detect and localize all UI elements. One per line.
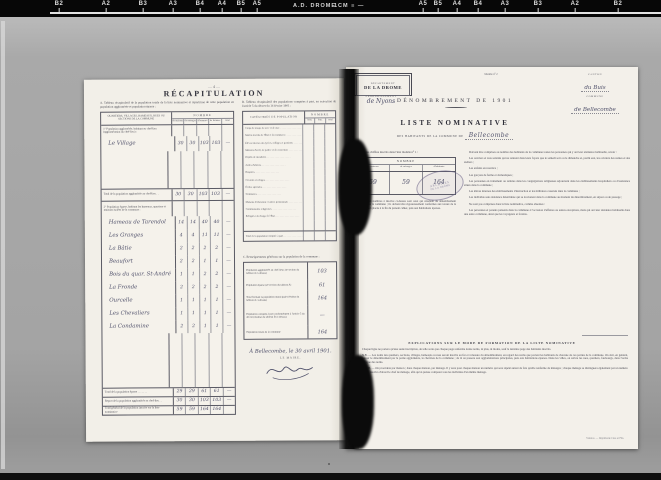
- locality-name: Ourcelle: [102, 294, 175, 307]
- ruler-label: B2: [614, 1, 623, 7]
- ruler-label: A2: [571, 1, 580, 7]
- summary-label: Population éparse (2e section du tableau…: [244, 280, 307, 291]
- hamlet-row: La Fronde 2 2 2 2 —: [102, 280, 234, 294]
- sheet-number: Modèle n° 2: [441, 73, 541, 76]
- summary-row: Population comptée à part conformément à…: [244, 306, 336, 327]
- cell: 1: [175, 307, 187, 320]
- list-subtitle: DES HABITANTS DE LA COMMUNE DE Bellecomb…: [355, 132, 555, 139]
- locality-name: Les Chevaliers: [102, 307, 175, 320]
- cell: 1: [211, 320, 223, 333]
- sub-header: de femmes: [208, 119, 220, 124]
- summary-row: Population agglomérée au chef-lieu (1re …: [244, 263, 336, 281]
- locality-name: Bois du quar. St-André: [102, 268, 175, 281]
- explication-paragraph: Chaque ligne ne portera qu'une seule ins…: [356, 348, 628, 352]
- cell: 164: [198, 406, 210, 414]
- cell: 2: [210, 268, 222, 281]
- summary-value: 164: [307, 326, 336, 339]
- cell: 2: [175, 320, 187, 333]
- category-rows: Corps de troupe de terre et de mer Marin…: [243, 124, 336, 221]
- counted-apart-table: CATÉGORIES DE POPULATION NOMBRE hom.fem.…: [242, 110, 337, 241]
- spine-shadow-blob: [342, 355, 374, 449]
- hamlet-row: La Bâtie 2 2 2 2 —: [102, 241, 234, 255]
- cell: [223, 405, 235, 413]
- cell: —: [222, 306, 234, 319]
- section1-label-row: 1° Population agglomérée, habitant au ch…: [101, 124, 233, 136]
- section-a-column: A. Tableau récapitulatif de la populatio…: [100, 101, 236, 415]
- group-header: NOMBRE: [357, 158, 455, 165]
- instruction-paragraph: Les personnes en traitement ou retirées …: [464, 180, 630, 188]
- cell: 1: [199, 320, 211, 333]
- cell: 11: [198, 229, 210, 242]
- census-title: DÉNOMBREMENT DE 1901: [375, 98, 535, 104]
- sub-header: hom.: [305, 118, 314, 123]
- film-ruler-bar: B2 A2 B3 A3 B4 A4 B5 A5 A.D. DROME 1CM ≡…: [0, 0, 661, 17]
- rappel-intro: Rappel des chiffres inscrits dans l'état…: [356, 151, 456, 155]
- sub-header: de ménages: [389, 165, 422, 171]
- general-info-table: Population agglomérée au chef-lieu (1re …: [243, 262, 337, 341]
- archive-label: A.D. DROME: [293, 3, 336, 9]
- spacer-row: [101, 150, 233, 188]
- sub-header: d'hommes: [196, 119, 208, 124]
- sub-header: total: [325, 118, 335, 123]
- scale-label: 1CM ≡ —: [334, 3, 364, 9]
- summary-value: 164: [307, 291, 336, 306]
- spacer-row: [102, 332, 234, 387]
- list-title: LISTE NOMINATIVE: [375, 119, 535, 127]
- ruler-label: B4: [474, 1, 483, 7]
- cell: —: [222, 396, 234, 404]
- printer-imprint: Valence. — Imprimerie Céas et Fils.: [586, 437, 624, 440]
- summary-label: Population totale de la commune: [244, 326, 307, 339]
- total-label: Total de la population comptée à part: [244, 231, 303, 240]
- sub-header: total: [221, 119, 233, 124]
- cell: 103: [198, 136, 210, 151]
- total-row: Total de la population éparse . . . . . …: [103, 386, 235, 396]
- sub-header: de ménages: [184, 119, 196, 124]
- cell: 2: [211, 281, 223, 294]
- ruler-label: A3: [501, 1, 510, 7]
- cell: 1: [199, 255, 211, 268]
- locality-name: Beaufort: [102, 255, 175, 268]
- ruler-label: B2: [55, 1, 64, 7]
- cell: 2: [175, 281, 187, 294]
- cell: 2: [199, 268, 211, 281]
- cell: 2: [187, 281, 199, 294]
- ruler-label: B5: [434, 1, 443, 7]
- locality-name: La Bâtie: [102, 242, 175, 255]
- canton-commune-block: CANTON du Buis COMMUNE de Bellecombe: [558, 72, 632, 116]
- cell: 103: [198, 397, 210, 405]
- cell: 29: [185, 388, 197, 396]
- cell: 40: [210, 216, 222, 229]
- instruction-paragraph: Les ouvriers et tous salariés qui ne ren…: [464, 157, 630, 165]
- cell: 103: [196, 189, 208, 200]
- sub-headers: hom.fem.total: [305, 118, 335, 123]
- section1-label: 1° Population agglomérée, habitant au ch…: [101, 125, 171, 136]
- explication-paragraph: 2e N.B. — On procédera par maison ; dans…: [356, 367, 628, 374]
- cell: 103: [210, 136, 222, 151]
- summary-label: Population agglomérée au chef-lieu (1re …: [244, 263, 307, 280]
- cell: 30: [186, 136, 198, 151]
- instructions-column: Doivent être comprises au nombre des hab…: [464, 151, 630, 219]
- subtitle-text: DES HABITANTS DE LA COMMUNE DE: [397, 134, 464, 138]
- instruction-paragraph: Doivent être comprises au nombre des hab…: [464, 151, 630, 155]
- ruler-label: A5: [253, 1, 262, 7]
- summary-value: —: [307, 306, 336, 326]
- ruler-label: B3: [139, 1, 148, 7]
- cell: 1: [210, 255, 222, 268]
- section2-label-row: 2° Population éparse, habitant les hamea…: [102, 200, 234, 216]
- ruler-label: B4: [196, 1, 205, 7]
- cell: —: [223, 319, 235, 332]
- maire-label: LE MAIRE,: [244, 357, 338, 361]
- spine-shadow-blob: [338, 139, 372, 235]
- canton-value: du Buis: [581, 85, 608, 92]
- section-c-heading: C. Renseignements généraux sur la popula…: [243, 255, 337, 259]
- table-header: CATÉGORIES DE POPULATION NOMBRE hom.fem.…: [243, 111, 335, 124]
- ruler-label: A5: [419, 1, 428, 7]
- total-agglomeree-row: Total de la population agglomérée au che…: [102, 187, 234, 201]
- cell: 61: [210, 388, 222, 396]
- cell: 1: [187, 268, 199, 281]
- ruler-label: A3: [169, 1, 178, 7]
- instruction-paragraph: Les individus sans résidence déterminée …: [464, 196, 630, 200]
- stray-mark: [582, 335, 628, 336]
- cell: 11: [210, 229, 222, 242]
- summary-row: Population éparse (2e section du tableau…: [244, 280, 336, 292]
- instruction-paragraph: Les élèves internes des établissements d…: [464, 190, 630, 194]
- cell: 1: [211, 294, 223, 307]
- film-speck: [328, 463, 330, 465]
- summary-label: Total formant la population municipale (…: [244, 291, 307, 306]
- total-label: Total de la population éparse . . . . . …: [103, 388, 173, 396]
- cell: 1: [211, 307, 223, 320]
- cell: 30: [184, 189, 196, 200]
- total-label: Total général de la population inscrite …: [103, 406, 173, 414]
- summary-label: Population comptée à part conformément à…: [244, 306, 307, 326]
- microfilm-scan-viewer: { "ruler": { "left_labels": ["B2","A2","…: [0, 0, 661, 480]
- maire-signature: [263, 361, 319, 383]
- liste-nominative-page: DÉPARTEMENT DE LA DROME ARRONDISSEMENT d…: [346, 67, 638, 449]
- hamlet-row: Les Granges 4 4 11 11 —: [102, 228, 234, 242]
- cell: —: [222, 267, 234, 280]
- ruler-baseline: [50, 12, 661, 14]
- section2-label: 2° Population éparse, habitant les hamea…: [102, 201, 172, 216]
- sub-headers: de maisonsde ménagesd'hommesde femmestot…: [172, 119, 233, 124]
- hamlet-rows: Hameau de Tarendol 14 14 40 40 — Les Gra…: [102, 215, 235, 333]
- explications-heading: EXPLICATIONS SUR LE MODE DE FORMATION DE…: [356, 341, 628, 345]
- explication-paragraph: N.B. — Les noms des quartiers, sections,…: [356, 354, 628, 365]
- cell: —: [222, 280, 234, 293]
- number-columns-header: NOMBRE de maisonsde ménagesd'hommesde fe…: [171, 112, 233, 124]
- cell: 30: [174, 136, 186, 151]
- cell: 2: [187, 320, 199, 333]
- cell: —: [221, 188, 233, 199]
- number-columns-header: NOMBRE hom.fem.total: [304, 111, 335, 123]
- village-row: Le Village 30 30 103 103 —: [101, 135, 233, 151]
- title-rule: [445, 107, 467, 108]
- locality-name: La Condamine: [102, 320, 175, 333]
- cell: 30: [173, 397, 185, 405]
- cell: 1: [199, 294, 211, 307]
- cell: 1: [175, 268, 187, 281]
- cell: —: [222, 228, 234, 241]
- total-row: Total général de la population inscrite …: [103, 404, 235, 414]
- locality-name: Les Granges: [102, 229, 175, 242]
- cell: 59: [185, 406, 197, 414]
- cell: 2: [199, 281, 211, 294]
- department-box: DÉPARTEMENT DE LA DROME: [354, 73, 412, 96]
- locality-name: La Fronde: [102, 281, 175, 294]
- cell: 2: [187, 242, 199, 255]
- hamlet-row: Les Chevaliers 1 1 1 1 —: [102, 306, 234, 320]
- population-table: QUARTIERS, VILLAGES, HAMEAUX, RUES OU SE…: [100, 111, 236, 416]
- cell: 2: [210, 242, 222, 255]
- ruler-label: B5: [237, 1, 246, 7]
- ruler-label: B3: [534, 1, 543, 7]
- commune-name-handwritten: Bellecombe: [465, 132, 513, 140]
- ruler-label: A4: [453, 1, 462, 7]
- signature-place-date: À Bellecombe, le 30 avril 1901.: [244, 349, 338, 356]
- film-bottom-edge: [0, 473, 661, 480]
- instruction-paragraph: Les enfants en nourrice ;: [464, 167, 630, 171]
- ruler-label: A4: [218, 1, 227, 7]
- summary-row: Population totale de la commune 164: [244, 326, 336, 340]
- total-row: Total de la population comptée à part: [244, 230, 336, 241]
- cell: 2: [175, 255, 187, 268]
- hamlet-row: Beaufort 2 2 1 1 —: [102, 254, 234, 268]
- ruler-label: A2: [102, 1, 111, 7]
- summary-value: 61: [307, 280, 336, 291]
- instruction-paragraph: Les garçons de ferme et domestiques ;: [464, 174, 630, 178]
- section-b-column: B. Tableau récapitulatif des populations…: [242, 100, 338, 383]
- cell: —: [222, 254, 234, 267]
- cell: 30: [185, 397, 197, 405]
- cell: 4: [175, 229, 187, 242]
- cell: 40: [198, 216, 210, 229]
- cell: 29: [173, 388, 185, 396]
- total-label: Report de la population agglomérée au ch…: [103, 397, 173, 405]
- cell: —: [222, 387, 234, 395]
- cell: 14: [187, 216, 199, 229]
- commune-value: de Bellecombe: [571, 107, 619, 114]
- recapitulation-page: — 4 — RÉCAPITULATION A. Tableau récapitu…: [84, 78, 346, 442]
- department-value: DE LA DROME: [364, 85, 402, 90]
- scanned-photo-area: — 4 — RÉCAPITULATION A. Tableau récapitu…: [0, 17, 661, 480]
- spacer-row: [244, 220, 336, 231]
- cell: 59: [173, 406, 185, 414]
- summary-row: Total formant la population municipale (…: [244, 291, 336, 307]
- sub-header: de maisons: [172, 119, 183, 124]
- cell: 164: [210, 406, 222, 414]
- instruction-paragraph: Les personnes et parents présents dans l…: [464, 209, 630, 217]
- explications-paragraphs: Chaque ligne ne portera qu'une seule ins…: [356, 348, 628, 374]
- hamlet-row: Bois du quar. St-André 1 1 2 2 —: [102, 267, 234, 281]
- hamlet-row: La Condamine 2 2 1 1 —: [102, 319, 234, 333]
- cell: 2: [175, 242, 187, 255]
- total-row: Report de la population agglomérée au ch…: [103, 395, 235, 405]
- cell: 61: [198, 388, 210, 396]
- cell: 4: [187, 229, 199, 242]
- hamlet-row: Hameau de Tarendol 14 14 40 40 —: [102, 215, 234, 229]
- film-edge: [1, 21, 5, 469]
- hamlet-row: Ourcelle 1 1 1 1 —: [102, 293, 234, 307]
- cell: —: [221, 135, 233, 150]
- cell: —: [222, 215, 234, 228]
- section-a-intro: A. Tableau récapitulatif de la populatio…: [100, 101, 234, 110]
- cell: 2: [187, 255, 199, 268]
- cell: —: [222, 293, 234, 306]
- cell: 1: [199, 307, 211, 320]
- column-header: CATÉGORIES DE POPULATION: [243, 111, 304, 123]
- explications-section: EXPLICATIONS SUR LE MODE DE FORMATION DE…: [356, 341, 628, 376]
- cell: 1: [187, 294, 199, 307]
- cell: 1: [187, 307, 199, 320]
- page-title: RÉCAPITULATION: [84, 88, 344, 99]
- cell: 103: [210, 397, 222, 405]
- cell: —: [222, 241, 234, 254]
- cell: 14: [175, 216, 187, 229]
- sub-header: fem.: [314, 118, 324, 123]
- column-header: QUARTIERS, VILLAGES, HAMEAUX, RUES OU SE…: [101, 112, 171, 124]
- cell: 1: [175, 294, 187, 307]
- cell: 2: [198, 242, 210, 255]
- table-header: QUARTIERS, VILLAGES, HAMEAUX, RUES OU SE…: [101, 112, 233, 126]
- section-b-intro: B. Tableau récapitulatif des populations…: [242, 100, 336, 108]
- cell: 103: [209, 189, 221, 200]
- totals-rows: Total de la population éparse . . . . . …: [103, 386, 235, 414]
- summary-value: 103: [307, 263, 336, 280]
- locality-name: Le Village: [101, 136, 174, 151]
- instruction-paragraph: Ne sont pas comprises dans la liste nomi…: [464, 203, 630, 207]
- cell: 30: [172, 189, 184, 200]
- category-label: Réfugiés à la charge de l'État: [244, 213, 303, 221]
- total-label: Total de la population agglomérée au che…: [102, 189, 172, 200]
- locality-name: Hameau de Tarendol: [102, 216, 175, 229]
